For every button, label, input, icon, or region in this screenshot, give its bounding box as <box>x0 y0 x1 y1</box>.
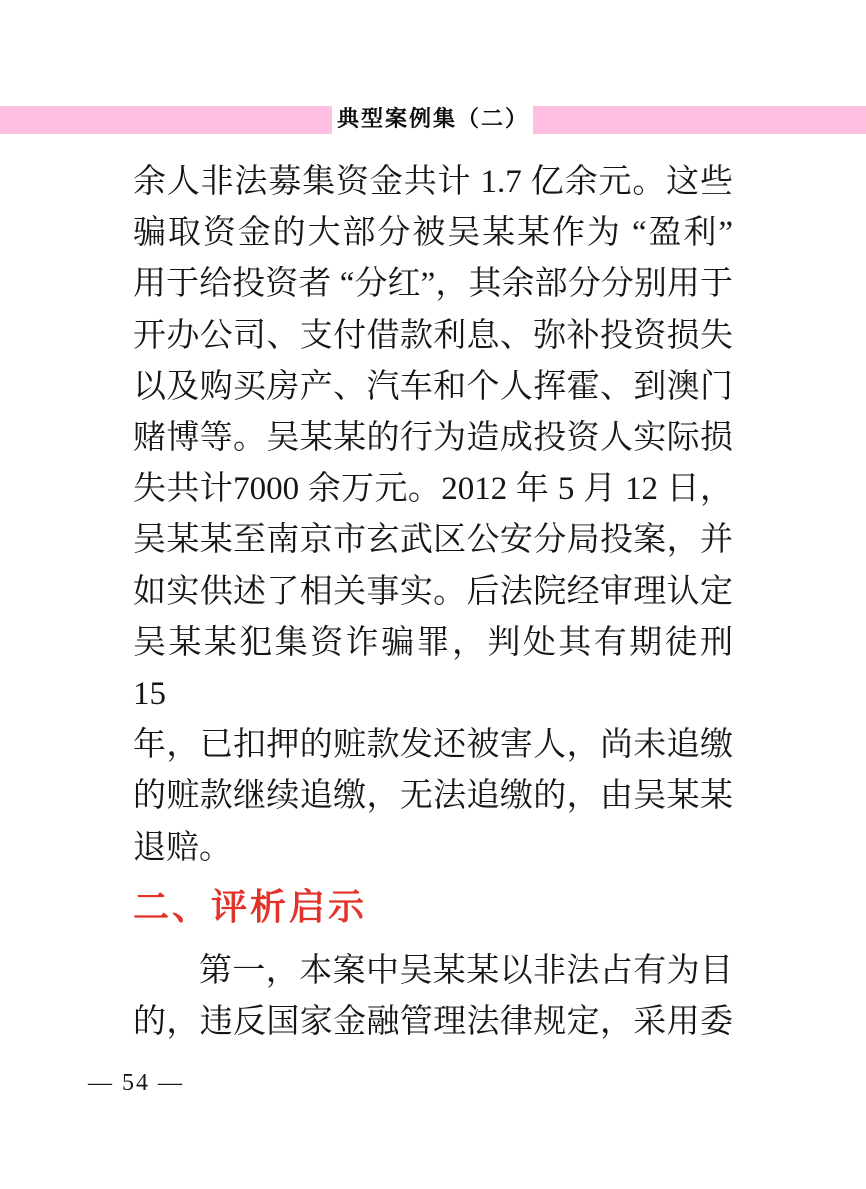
text-line: 骗取资金的大部分被吴某某作为 “盈利” <box>133 208 733 259</box>
text-line: 退赔。 <box>133 823 733 874</box>
text-line: 年，已扣押的赃款发还被害人，尚未追缴 <box>133 720 733 771</box>
text-line: 赌博等。吴某某的行为造成投资人实际损 <box>133 413 733 464</box>
text-line: 如实供述了相关事实。后法院经审理认定 <box>133 567 733 618</box>
running-head-title: 典型案例集（二） <box>0 104 866 134</box>
text-line: 以及购买房产、汽车和个人挥霍、到澳门 <box>133 362 733 413</box>
paragraph-case-facts: 余人非法募集资金共计 1.7 亿余元。这些 骗取资金的大部分被吴某某作为 “盈利… <box>133 157 733 874</box>
text-line: 开办公司、支付借款利息、弥补投资损失 <box>133 311 733 362</box>
page-number: — 54 — <box>88 1068 184 1098</box>
text-line: 吴某某犯集资诈骗罪，判处其有期徒刑 15 <box>133 618 733 720</box>
text-line: 余人非法募集资金共计 1.7 亿余元。这些 <box>133 157 733 208</box>
paragraph-commentary: 第一，本案中吴某某以非法占有为目 的，违反国家金融管理法律规定，采用委 <box>133 946 733 1048</box>
text-line: 的赃款继续追缴，无法追缴的，由吴某某 <box>133 771 733 822</box>
text-line: 吴某某至南京市玄武区公安分局投案，并 <box>133 515 733 566</box>
text-line: 的，违反国家金融管理法律规定，采用委 <box>133 997 733 1048</box>
text-line: 失共计7000 余万元。2012 年 5 月 12 日， <box>133 464 733 515</box>
text-line: 用于给投资者 “分红”，其余部分分别用于 <box>133 259 733 310</box>
text-line: 第一，本案中吴某某以非法占有为目 <box>133 946 733 997</box>
section-heading: 二、评析启示 <box>133 884 367 930</box>
